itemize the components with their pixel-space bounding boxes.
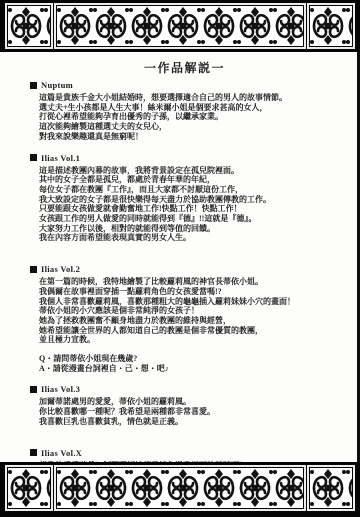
page-content: 一作品解説一 Nuptum 這篇是貴族千金大小姐結婚時，想要選擇適合自己的男人的… bbox=[0, 52, 360, 462]
body-line: 她希望能讓全世界的人都知道自己的教團是個非常優質的教團， bbox=[30, 326, 339, 336]
section-heading-label: Ilias Vol.X bbox=[41, 448, 82, 458]
section-ilias-vol3: Ilias Vol.3 加爾蒂諾處男的愛愛，蒂依小姐的蘿莉風。 你比較喜歡哪一種… bbox=[30, 384, 339, 426]
section-heading: Ilias Vol.2 bbox=[30, 264, 339, 274]
filigree-bar-bottom-icon bbox=[57, 468, 303, 508]
body-line: 對我來說樂趣還真是無窮呢！ bbox=[30, 132, 339, 142]
body-line: 加爾蒂諾處男的愛愛，蒂依小姐的蘿莉風。 bbox=[30, 397, 339, 407]
filigree-square-right-icon bbox=[310, 6, 352, 46]
section-heading: Ilias Vol.3 bbox=[30, 384, 339, 394]
page-title: 一作品解説一 bbox=[30, 59, 339, 76]
section-nuptum: Nuptum 這篇是貴族千金大小姐結婚時，想要選擇適合自己的男人的故事情節。 選… bbox=[30, 80, 339, 142]
filigree-square-right-icon bbox=[310, 468, 352, 508]
body-line: 你比較喜歡哪一種呢？我希望是兩種都非常喜愛。 bbox=[30, 407, 339, 417]
filigree-square-left-icon bbox=[8, 6, 50, 46]
bottom-ornament-border bbox=[0, 462, 360, 517]
body-line: 這篇是貴族千金大小姐結婚時，想要選擇適合自己的男人的故事情節。 bbox=[30, 93, 339, 103]
body-line: 我大致設定的女子都是很快樂得每天盡力於協助教團傳教的工作。 bbox=[30, 195, 339, 205]
body-line: 選丈夫+生小孩都是人生大事！絲米爾小姐是個要求甚高的女人， bbox=[30, 103, 339, 113]
body-line: 我偶爾在故事裡面穿插一點蘿莉角色的女孩愛當嗎!? bbox=[30, 287, 339, 297]
body-line: 我喜歡巨乳也喜歡貧乳，情色就是正義。 bbox=[30, 417, 339, 427]
section-heading: Ilias Vol.X bbox=[30, 448, 339, 458]
section-heading-label: Ilias Vol.1 bbox=[41, 153, 80, 163]
body-line: 每位女子都在教團『工作』，而且大家都不討厭這份工作， bbox=[30, 185, 339, 195]
qa-answer-line: A・請從漫畫台詞裡自・己・想・吧♪ bbox=[30, 364, 339, 374]
section-heading: Ilias Vol.1 bbox=[30, 153, 339, 163]
section-ilias-vol2: Ilias Vol.2 在第一篇的時候，我特地繪製了比較蘿莉風的神官長蒂依小姐。… bbox=[30, 264, 339, 373]
body-line: 這是描述教團內幕的故事，我將背景設定在孤兒院裡面。 bbox=[30, 166, 339, 176]
body-line: 大家努力工作以後，相對的就能得到等值的回饋。 bbox=[30, 224, 339, 234]
body-line: 在第一篇的時候，我特地繪製了比較蘿莉風的神官長蒂依小姐。 bbox=[30, 277, 339, 287]
body-line: 並且極力宣教。 bbox=[30, 335, 339, 345]
filigree-bar-top-icon bbox=[57, 6, 303, 46]
square-bullet-icon bbox=[30, 449, 37, 456]
section-ilias-vol1: Ilias Vol.1 這是描述教團內幕的故事，我將背景設定在孤兒院裡面。 其中… bbox=[30, 153, 339, 244]
body-line: 蒂依小姐的小穴應該是個非常純淨的女孩子！ bbox=[30, 306, 339, 316]
body-line: 其中的女子全都是孤兒，都處於青春年華的年紀， bbox=[30, 175, 339, 185]
body-line: 女孩跟工作的男人做愛的同時就能得到『德』!!這就是『德』。 bbox=[30, 214, 339, 224]
square-bullet-icon bbox=[30, 386, 37, 393]
top-ornament-border bbox=[0, 0, 360, 52]
qa-block: Q・請問蒂依小姐現在幾歲? A・請從漫畫台詞裡自・己・想・吧♪ bbox=[30, 354, 339, 373]
body-line: 我個人非常喜歡蘿莉風，喜歡那種粗大的龜龜插入蘿莉妹妹小穴的畫面！ bbox=[30, 297, 339, 307]
body-line: 只要能跟女孩做愛就會勤奮地工作!快點工作！快點工作！ bbox=[30, 204, 339, 214]
section-heading: Nuptum bbox=[30, 80, 339, 90]
commentary-page: 一作品解説一 Nuptum 這篇是貴族千金大小姐結婚時，想要選擇適合自己的男人的… bbox=[0, 0, 360, 517]
square-bullet-icon bbox=[30, 154, 37, 161]
body-line: 她為了拯救教團奮不顧身地盡力於教團的維持與經營， bbox=[30, 316, 339, 326]
body-line: 我在內容方面希望能表現真實的男女人生。 bbox=[30, 233, 339, 243]
section-heading-label: Ilias Vol.3 bbox=[41, 384, 80, 394]
filigree-square-left-icon bbox=[8, 468, 50, 508]
section-ilias-volx: Ilias Vol.X 想像的愛愛遊戲！制服跟短褲都是情色漫畫裡面的精隨啊！ bbox=[30, 448, 339, 462]
square-bullet-icon bbox=[30, 82, 37, 89]
body-line: 這次能夠繪製這種選丈夫的女兒心， bbox=[30, 122, 339, 132]
body-line: 打從心裡希望能夠孕育出優秀的子孫，以繼承家業。 bbox=[30, 112, 339, 122]
qa-question-line: Q・請問蒂依小姐現在幾歲? bbox=[30, 354, 339, 364]
section-heading-label: Nuptum bbox=[41, 80, 73, 90]
square-bullet-icon bbox=[30, 266, 37, 273]
section-heading-label: Ilias Vol.2 bbox=[41, 264, 80, 274]
